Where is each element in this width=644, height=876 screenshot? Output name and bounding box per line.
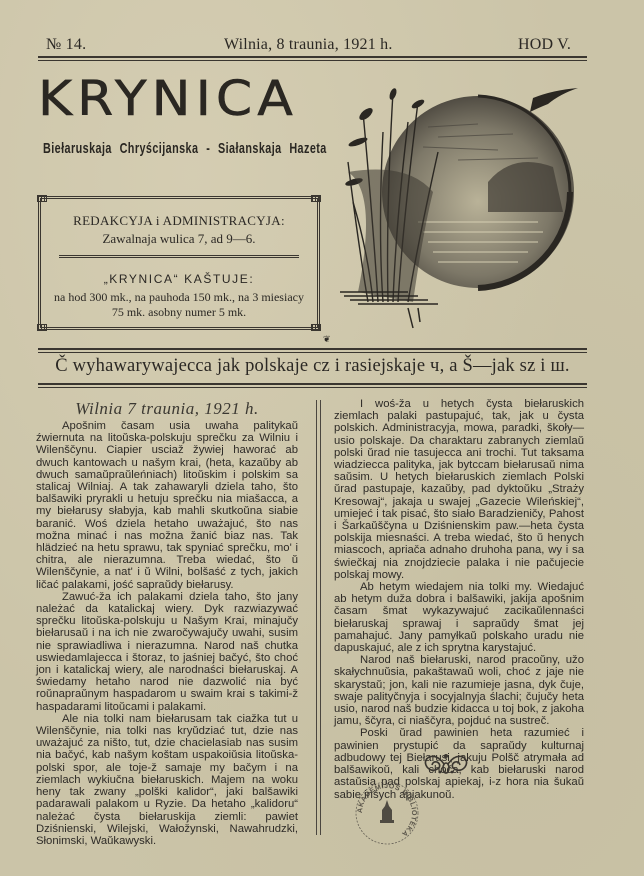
notice-rule-top bbox=[38, 348, 587, 353]
newspaper-page: № 14. Wilnia, 8 traunia, 1921 h. HOD V. … bbox=[0, 0, 644, 876]
issue-number: № 14. bbox=[46, 36, 86, 54]
landscape-engraving-icon bbox=[338, 72, 588, 332]
masthead-line: № 14. Wilnia, 8 traunia, 1921 h. HOD V. bbox=[38, 34, 586, 56]
year-label: HOD V. bbox=[518, 36, 571, 54]
box-corner-ornament bbox=[37, 195, 47, 202]
box-corner-ornament bbox=[37, 324, 47, 331]
article-paragraph: Ale nia tolki nam biełarusam tak ciažka … bbox=[36, 713, 298, 847]
article-paragraph: Zawuć-ža ich palakami dziela taho, što j… bbox=[36, 591, 298, 713]
editorial-label: REDAKCYJA i ADMINISTRACYJA: bbox=[41, 213, 317, 229]
place-date: Wilnia, 8 traunia, 1921 h. bbox=[224, 36, 393, 54]
box-corner-ornament bbox=[311, 195, 321, 202]
printer-mark-icon: ❦ bbox=[323, 334, 331, 345]
article-column-left: Wilnia 7 traunia, 1921 h. Apošnim časam … bbox=[36, 398, 298, 847]
notice-rule-bottom bbox=[38, 383, 587, 388]
floral-ornament-icon bbox=[423, 751, 469, 777]
editorial-address: Zawalnaja wulica 7, ad 9—6. bbox=[41, 231, 317, 247]
newspaper-title: KRYNICA bbox=[38, 72, 298, 127]
orthography-notice: Č wyhawarywajecca jak polskaje cz i rasi… bbox=[38, 356, 587, 377]
masthead-rule bbox=[38, 56, 587, 61]
library-stamp-icon: AKADEMIJOS BIBLIOTEKA bbox=[352, 778, 422, 848]
editorial-info-box: REDAKCYJA i ADMINISTRACYJA: Zawalnaja wu… bbox=[38, 196, 320, 330]
article-heading: Wilnia 7 traunia, 1921 h. bbox=[36, 398, 298, 420]
article-paragraph: Apošnim časam usia uwaha palitykaŭ źwier… bbox=[36, 420, 298, 591]
price-title: „KRYNICA“ KAŠTUJE: bbox=[41, 272, 317, 286]
box-divider bbox=[59, 255, 299, 258]
article-paragraph: Narod naš biełaruski, narod pracoŭny, už… bbox=[334, 654, 584, 727]
article-paragraph: I woś-ža u hetych čysta biełaruskich zie… bbox=[334, 398, 584, 581]
article-column-right: I woś-ža u hetych čysta biełaruskich zie… bbox=[334, 398, 584, 801]
box-corner-ornament bbox=[311, 324, 321, 331]
newspaper-subtitle: Biełaruskaja Chryścijanska - Siałanskaja… bbox=[43, 140, 327, 157]
price-line-1: na hod 300 mk., na pauhoda 150 mk., na 3… bbox=[41, 290, 317, 305]
price-line-2: 75 mk. asobny numer 5 mk. bbox=[41, 305, 317, 320]
article-paragraph: Ab hetym wiedajem nia tolki my. Wiedajuć… bbox=[334, 581, 584, 654]
column-divider bbox=[316, 400, 321, 835]
